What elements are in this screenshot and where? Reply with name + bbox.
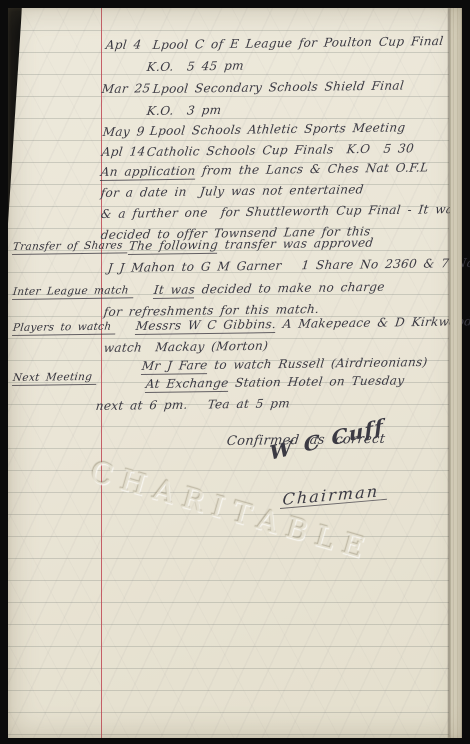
application-line-3: & a further one for Shuttleworth Cup Fin… <box>100 202 461 222</box>
next-meeting-line-2: next at 6 pm. Tea at 5 pm <box>95 396 291 414</box>
photo-frame: CHARITABLE Apl 4 Lpool C of E League for… <box>0 0 470 744</box>
fixture-text: K.O. 5 45 pm <box>146 59 245 75</box>
application-line-2: for a date in July was not entertained <box>100 182 364 201</box>
transfer-lead: The following <box>128 238 219 255</box>
fixture-text: Catholic Schools Cup Finals K.O 5 30 <box>146 141 415 160</box>
next-meeting-rest: Station Hotel on Tuesday <box>228 373 405 389</box>
application-line-1: An application from the Lancs & Ches Nat… <box>100 160 429 180</box>
fixture-text: K.O. 3 pm <box>146 103 222 119</box>
transfer-line-1: The following transfer was approved <box>128 236 374 254</box>
inter-league-rest: decided to make no charge <box>194 280 385 297</box>
chairman-signature: W C Cuff <box>269 419 385 461</box>
fixture-date: Apl 4 <box>105 38 142 53</box>
fixture-date: May 9 <box>102 124 145 140</box>
next-meeting-lead: At Exchange <box>145 376 229 393</box>
fixture-text: Lpool C of E League for Poulton Cup Fina… <box>152 34 444 53</box>
application-lead: An application <box>100 164 196 181</box>
margin-heading-players-to-watch: Players to watch <box>12 320 117 336</box>
chairman-label: Chairman <box>280 483 388 509</box>
application-rest: from the Lancs & Ches Nat O.F.L <box>195 160 429 177</box>
fixture-date: Apl 14 <box>101 144 146 160</box>
players-rest: A Makepeace & D Kirkwood to <box>275 314 470 331</box>
players-lead-2: Mr J Fare <box>141 358 209 375</box>
transfer-rest: transfer was approved <box>217 236 374 252</box>
minute-book-page: CHARITABLE Apl 4 Lpool C of E League for… <box>8 8 462 738</box>
inter-league-lead: It was <box>153 282 196 299</box>
margin-heading-transfer-of-shares: Transfer of Shares <box>12 238 129 255</box>
players-line-3: Mr J Fare to watch Russell (Airdrieonian… <box>141 355 428 374</box>
fixture-date: Mar 25 <box>101 81 151 97</box>
margin-heading-next-meeting: Next Meeting <box>12 370 98 386</box>
handwriting-layer: Apl 4 Lpool C of E League for Poulton Cu… <box>8 8 462 738</box>
fixture-text: Lpool Secondary Schools Shield Final <box>152 79 405 97</box>
page-fore-edge <box>450 8 462 738</box>
inter-league-line-1: It was decided to make no charge <box>153 280 385 298</box>
margin-heading-inter-league-match: Inter League match <box>12 283 134 300</box>
players-rest-2: to watch Russell (Airdrieonians) <box>207 355 428 372</box>
players-line-2: watch Mackay (Morton) <box>103 339 269 356</box>
players-lead: Messrs W C Gibbins. <box>135 317 277 335</box>
transfer-line-2: J J Mahon to G M Garner 1 Share No 2360 … <box>107 255 470 276</box>
fixture-text: Lpool Schools Athletic Sports Meeting <box>149 120 406 139</box>
next-meeting-line-1: At Exchange Station Hotel on Tuesday <box>145 373 405 392</box>
